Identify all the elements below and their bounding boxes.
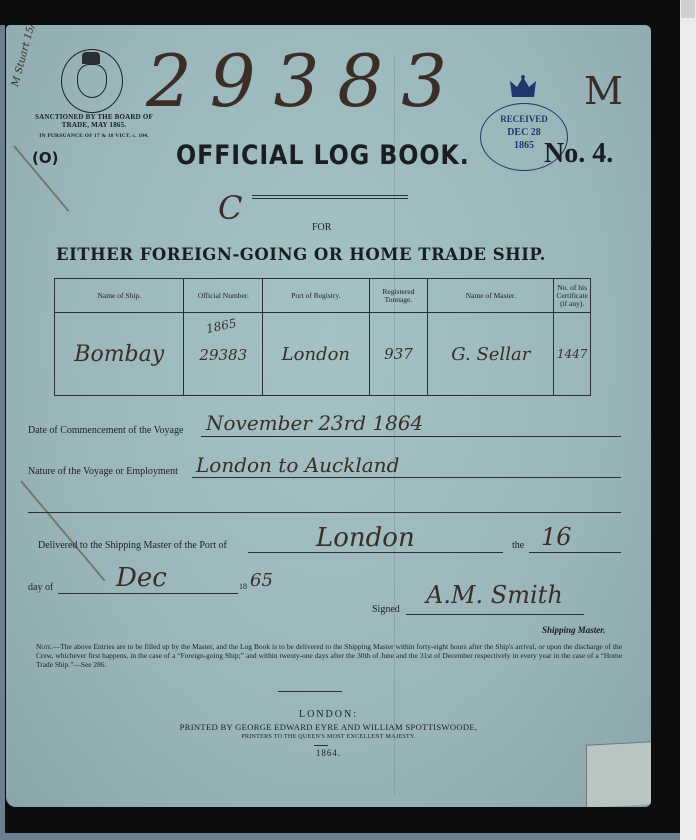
shield-icon	[77, 64, 107, 98]
imprint-printer-sub: PRINTERS TO THE QUEEN'S MOST EXCELLENT M…	[6, 734, 651, 740]
handwritten-initial: C	[218, 189, 242, 227]
crown-icon	[508, 73, 538, 103]
cell-master: G. Sellar	[428, 313, 554, 396]
delivered-day: 16	[541, 523, 572, 551]
cell-port: London	[263, 313, 370, 396]
col-header-port: Port of Registry.	[263, 279, 370, 313]
note-text: —The above Entries are to be filled up b…	[36, 642, 622, 669]
scan-left-edge	[0, 25, 5, 833]
underline	[248, 552, 503, 553]
delivered-label: Delivered to the Shipping Master of the …	[38, 540, 227, 551]
divider	[314, 745, 328, 746]
col-header-tonnage: Registered Tonnage.	[369, 279, 428, 313]
crease-mark	[20, 480, 105, 581]
table-row: Bombay 1865 29383 London 937 G. Sellar 1…	[55, 313, 591, 396]
form-code: (O)	[32, 149, 58, 167]
underline	[529, 552, 621, 553]
signature: A.M. Smith	[426, 581, 563, 609]
page-title: OFFICIAL LOG BOOK.	[176, 140, 470, 171]
scan-bottom-edge	[0, 833, 680, 840]
nature-value: London to Auckland	[196, 453, 399, 477]
signer-title: Shipping Master.	[542, 625, 606, 635]
col-header-certificate: No. of his Certificate (if any).	[554, 279, 591, 313]
delivered-month: Dec	[116, 563, 167, 593]
for-label: FOR	[312, 222, 331, 233]
cell-official-number: 1865 29383	[184, 313, 263, 396]
year-prefix: 18	[239, 582, 247, 591]
the-label: the	[512, 540, 524, 551]
col-header-official-number: Official Number.	[184, 279, 263, 313]
handwritten-official-number: 29383	[146, 41, 465, 121]
sanction-line-1: SANCTIONED BY THE BOARD OF	[34, 113, 154, 121]
year-suffix: 65	[250, 570, 273, 591]
imprint-year: 1864.	[6, 748, 651, 758]
divider	[278, 691, 342, 692]
torn-corner	[586, 741, 651, 807]
note-label: Note.	[36, 642, 53, 651]
sanction-line-2: TRADE, MAY 1865.	[34, 121, 154, 129]
stamp-received: RECEIVED	[481, 114, 567, 124]
signed-label: Signed	[372, 604, 400, 615]
crown-icon	[82, 52, 100, 64]
margin-note: M Stuart 15/3/67	[10, 25, 43, 88]
delivered-port: London	[316, 523, 415, 553]
cell-ship-name: Bombay	[55, 313, 184, 396]
stamp-date: DEC 28	[481, 127, 567, 138]
commencement-value: November 23rd 1864	[206, 411, 423, 435]
underline	[201, 436, 621, 437]
sanction-line-3: IN PURSUANCE OF 17 & 18 VICT. c. 104.	[34, 132, 154, 140]
day-of-label: day of	[28, 582, 53, 593]
subtitle: EITHER FOREIGN-GOING OR HOME TRADE SHIP.	[56, 245, 546, 264]
underline	[192, 477, 621, 478]
underline	[406, 614, 584, 615]
log-book-cover: M Stuart 15/3/67 SANCTIONED BY THE BOARD…	[6, 25, 651, 807]
commencement-label: Date of Commencement of the Voyage	[28, 425, 183, 436]
year-annotation: 1865	[205, 316, 238, 336]
nature-label: Nature of the Voyage or Employment	[28, 466, 178, 477]
col-header-ship-name: Name of Ship.	[55, 279, 184, 313]
scrollbar-thumb[interactable]	[681, 0, 695, 18]
ship-details-table: Name of Ship. Official Number. Port of R…	[54, 278, 591, 396]
official-number-value: 29383	[199, 346, 247, 364]
double-rule	[252, 198, 408, 199]
corner-initial: M	[584, 69, 623, 113]
col-header-master: Name of Master.	[428, 279, 554, 313]
log-number: No. 4.	[544, 138, 613, 170]
imprint-city: LONDON:	[6, 709, 651, 720]
cell-certificate: 1447	[554, 313, 591, 396]
note-paragraph: Note.—The above Entries are to be filled…	[36, 642, 622, 669]
scrollbar[interactable]	[680, 0, 696, 840]
imprint-printer: PRINTED BY GEORGE EDWARD EYRE AND WILLIA…	[6, 722, 651, 732]
board-of-trade-seal	[61, 49, 123, 113]
underline	[58, 593, 238, 594]
double-rule	[252, 195, 408, 196]
underline	[28, 512, 621, 513]
cell-tonnage: 937	[369, 313, 428, 396]
